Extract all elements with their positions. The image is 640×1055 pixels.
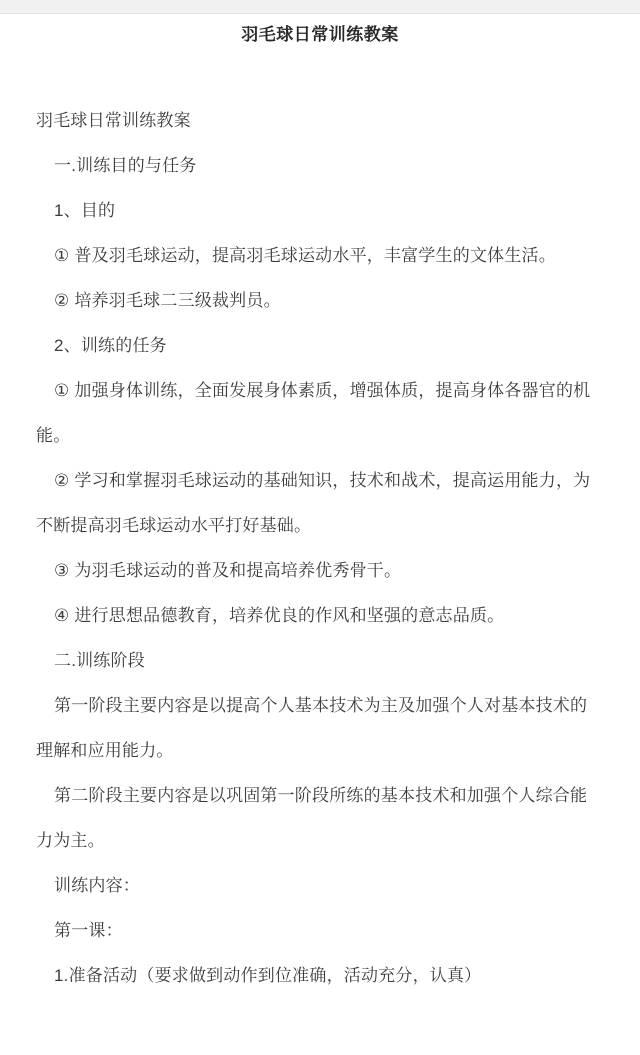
text-line: 第一课： (0, 908, 640, 953)
text-line: 羽毛球日常训练教案 (0, 98, 640, 143)
text-line: ① 加强身体训练，全面发展身体素质，增强体质，提高身体各器官的机 (0, 368, 640, 413)
text-line: ② 培养羽毛球二三级裁判员。 (0, 278, 640, 323)
text-line: ① 普及羽毛球运动，提高羽毛球运动水平，丰富学生的文体生活。 (0, 233, 640, 278)
text-line: 一.训练目的与任务 (0, 143, 640, 188)
text-line: ② 学习和掌握羽毛球运动的基础知识，技术和战术，提高运用能力，为 (0, 458, 640, 503)
text-line: ③ 为羽毛球运动的普及和提高培养优秀骨干。 (0, 548, 640, 593)
text-line: 1.准备活动（要求做到动作到位准确，活动充分，认真） (0, 953, 640, 998)
text-line: 理解和应用能力。 (0, 728, 640, 773)
text-line: 2、训练的任务 (0, 323, 640, 368)
text-line: 能。 (0, 413, 640, 458)
text-line: 力为主。 (0, 818, 640, 863)
text-line: 不断提高羽毛球运动水平打好基础。 (0, 503, 640, 548)
text-line: 训练内容： (0, 863, 640, 908)
document-title: 羽毛球日常训练教案 (0, 23, 640, 47)
text-line: 第一阶段主要内容是以提高个人基本技术为主及加强个人对基本技术的 (0, 683, 640, 728)
text-line: ④ 进行思想品德教育，培养优良的作风和坚强的意志品质。 (0, 593, 640, 638)
document-body: 羽毛球日常训练教案一.训练目的与任务1、目的① 普及羽毛球运动，提高羽毛球运动水… (0, 98, 640, 998)
text-line: 二.训练阶段 (0, 638, 640, 683)
text-line: 第二阶段主要内容是以巩固第一阶段所练的基本技术和加强个人综合能 (0, 773, 640, 818)
text-line: 1、目的 (0, 188, 640, 233)
top-bar (0, 0, 640, 14)
